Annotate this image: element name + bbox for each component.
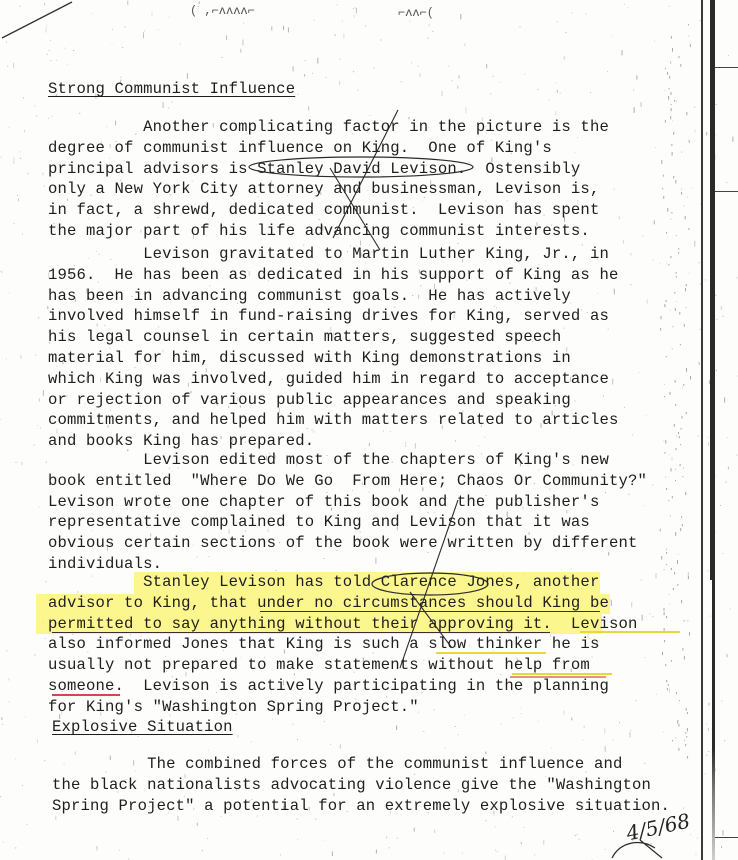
paragraph-line: Levison edited most of the chapters of K…: [48, 451, 609, 469]
margin-tick: [715, 67, 738, 68]
paragraph-line: degree of communist influence on King. O…: [48, 139, 552, 157]
paragraph-line: Spring Project" a potential for an extre…: [52, 797, 670, 815]
paragraph-line: representative complained to King and Le…: [48, 513, 590, 531]
paragraph-line: has been in advancing communist goals. H…: [48, 287, 571, 305]
paragraph-line: someone. Levison is actively participati…: [48, 677, 609, 695]
paragraph-line: the black nationalists advocating violen…: [52, 776, 651, 794]
section-heading: Strong Communist Influence: [48, 80, 295, 98]
margin-tick: [715, 191, 738, 192]
paragraph-line: and books King has prepared.: [48, 432, 314, 450]
paragraph-line: book entitled "Where Do We Go From Here;…: [48, 472, 647, 490]
margin-tick: [715, 837, 738, 838]
paragraph-line: only a New York City attorney and busine…: [48, 180, 599, 198]
paragraph-line: in fact, a shrewd, dedicated communist. …: [48, 201, 599, 219]
paragraph-line: Levison gravitated to Martin Luther King…: [48, 245, 609, 263]
paragraph-line: permitted to say anything without their …: [48, 615, 637, 633]
document-page: ( ,⌐ʌʌʌʌ⌐ ⌐ʌʌ⌐( Strong Communist Influen…: [0, 0, 738, 860]
paragraph-line: also informed Jones that King is such a …: [48, 635, 599, 653]
ink-underline: [52, 632, 550, 633]
paragraph-line: the major part of his life advancing com…: [48, 222, 590, 240]
top-bracket-mark-right: ⌐ʌʌ⌐(: [398, 6, 434, 20]
paragraph-line: Another complicating factor in the pictu…: [48, 118, 609, 136]
binding-rule-thick-lower: [712, 580, 715, 860]
top-bracket-mark-left: ( ,⌐ʌʌʌʌ⌐: [190, 4, 255, 18]
paragraph-line: for King's "Washington Spring Project.": [48, 698, 419, 716]
yellow-underline-help-from: [512, 673, 612, 675]
ink-underline: [260, 611, 600, 612]
red-underline-help-from: [510, 676, 606, 678]
paragraph-line: usually not prepared to make statements …: [48, 656, 590, 674]
yellow-underline-levison: [580, 631, 680, 633]
paragraph-line: his legal counsel in certain matters, su…: [48, 328, 561, 346]
paragraph-line: or rejection of various public appearanc…: [48, 391, 571, 409]
paragraph-line: principal advisors is Stanley David Levi…: [48, 160, 580, 178]
paragraph-line: 1956. He has been as dedicated in his su…: [48, 266, 618, 284]
paragraph-line: involved himself in fund-raising drives …: [48, 307, 609, 325]
paragraph-line: Levison wrote one chapter of this book a…: [48, 493, 599, 511]
paragraph-line: individuals.: [48, 555, 162, 573]
section-heading: Explosive Situation: [52, 718, 233, 736]
paragraph-line: The combined forces of the communist inf…: [52, 755, 622, 773]
red-underline-someone: [52, 694, 120, 696]
paragraph-line: which King was involved, guided him in r…: [48, 370, 609, 388]
paragraph-line: commitments, and helped him with matters…: [48, 411, 618, 429]
binding-rule-thin: [701, 0, 703, 860]
paragraph-line: material for him, discussed with King de…: [48, 349, 571, 367]
corner-slash-mark: [0, 0, 80, 40]
yellow-underline-slow-thinker: [436, 652, 546, 654]
binding-rule-thick: [710, 0, 715, 580]
paragraph-line: obvious certain sections of the book wer…: [48, 534, 637, 552]
paragraph-line: Stanley Levison has told Clarence Jones,…: [48, 573, 599, 591]
paragraph-line: advisor to King, that under no circumsta…: [48, 594, 609, 612]
